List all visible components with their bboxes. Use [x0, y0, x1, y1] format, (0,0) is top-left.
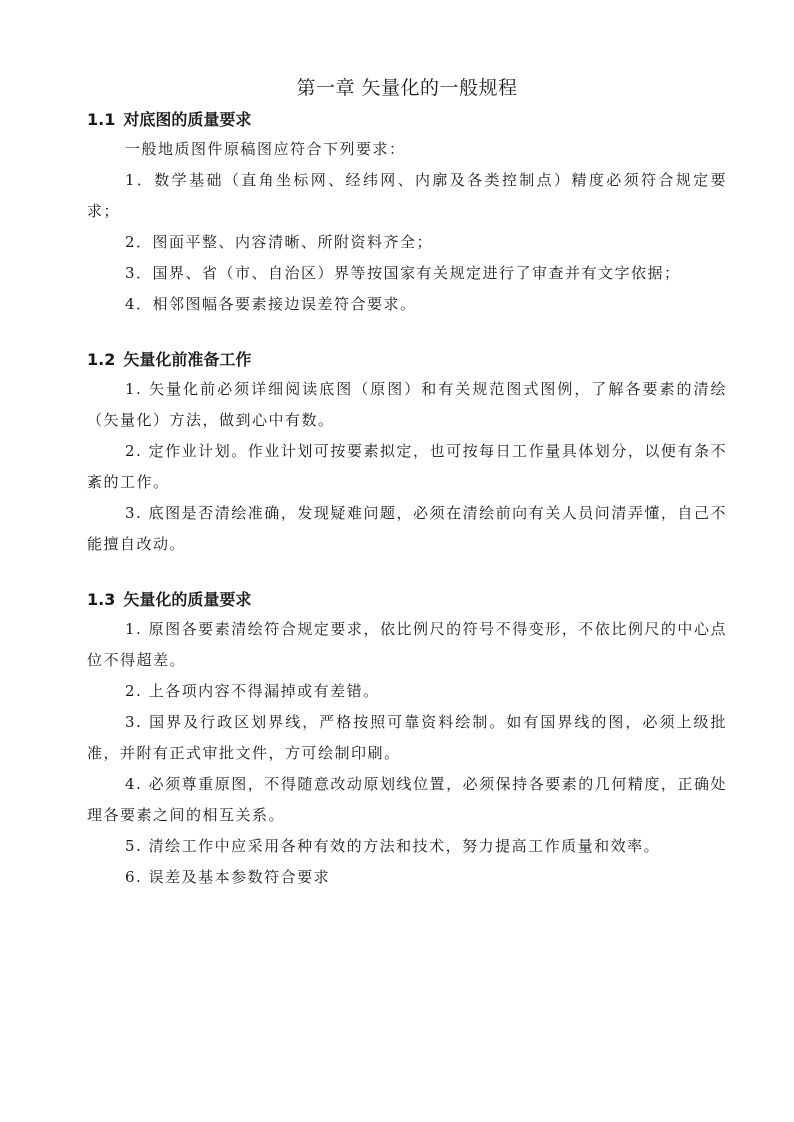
section-title: 矢量化前准备工作 — [123, 350, 251, 369]
section-1-1: 1.1对底图的质量要求 一般地质图件原稿图应符合下列要求： 1．数学基础（直角坐… — [87, 106, 727, 320]
paragraph: 1. 原图各要素清绘符合规定要求，依比例尺的符号不得变形，不依比例尺的中心点位不… — [87, 614, 727, 676]
section-number: 1.1 — [87, 110, 115, 129]
section-heading: 1.2矢量化前准备工作 — [87, 346, 727, 374]
paragraph: 6. 误差及基本参数符合要求 — [87, 862, 727, 893]
section-heading: 1.1对底图的质量要求 — [87, 106, 727, 134]
paragraph: 3．国界、省（市、自治区）界等按国家有关规定进行了审查并有文字依据； — [87, 258, 727, 289]
paragraph: 4．相邻图幅各要素接边误差符合要求。 — [87, 289, 727, 320]
section-1-2: 1.2矢量化前准备工作 1. 矢量化前必须详细阅读底图（原图）和有关规范图式图例… — [87, 346, 727, 560]
paragraph: 一般地质图件原稿图应符合下列要求： — [87, 134, 727, 165]
section-number: 1.3 — [87, 590, 115, 609]
paragraph: 2. 定作业计划。作业计划可按要素拟定，也可按每日工作量具体划分，以便有条不紊的… — [87, 436, 727, 498]
paragraph: 4. 必须尊重原图，不得随意改动原划线位置，必须保持各要素的几何精度，正确处理各… — [87, 769, 727, 831]
section-title: 矢量化的质量要求 — [123, 590, 251, 609]
document-page: 第一章 矢量化的一般规程 1.1对底图的质量要求 一般地质图件原稿图应符合下列要… — [87, 74, 727, 919]
section-number: 1.2 — [87, 350, 115, 369]
paragraph: 3. 底图是否清绘准确，发现疑难问题，必须在清绘前向有关人员问清弄懂，自己不能擅… — [87, 498, 727, 560]
paragraph: 3. 国界及行政区划界线，严格按照可靠资料绘制。如有国界线的图，必须上级批准，并… — [87, 707, 727, 769]
paragraph: 1．数学基础（直角坐标网、经纬网、内廓及各类控制点）精度必须符合规定要求； — [87, 165, 727, 227]
paragraph: 1. 矢量化前必须详细阅读底图（原图）和有关规范图式图例，了解各要素的清绘（矢量… — [87, 374, 727, 436]
paragraph: 2．图面平整、内容清晰、所附资料齐全； — [87, 227, 727, 258]
section-title: 对底图的质量要求 — [123, 110, 251, 129]
paragraph: 2. 上各项内容不得漏掉或有差错。 — [87, 676, 727, 707]
section-heading: 1.3矢量化的质量要求 — [87, 586, 727, 614]
chapter-title: 第一章 矢量化的一般规程 — [87, 74, 727, 102]
section-1-3: 1.3矢量化的质量要求 1. 原图各要素清绘符合规定要求，依比例尺的符号不得变形… — [87, 586, 727, 893]
paragraph: 5. 清绘工作中应采用各种有效的方法和技术，努力提高工作质量和效率。 — [87, 831, 727, 862]
